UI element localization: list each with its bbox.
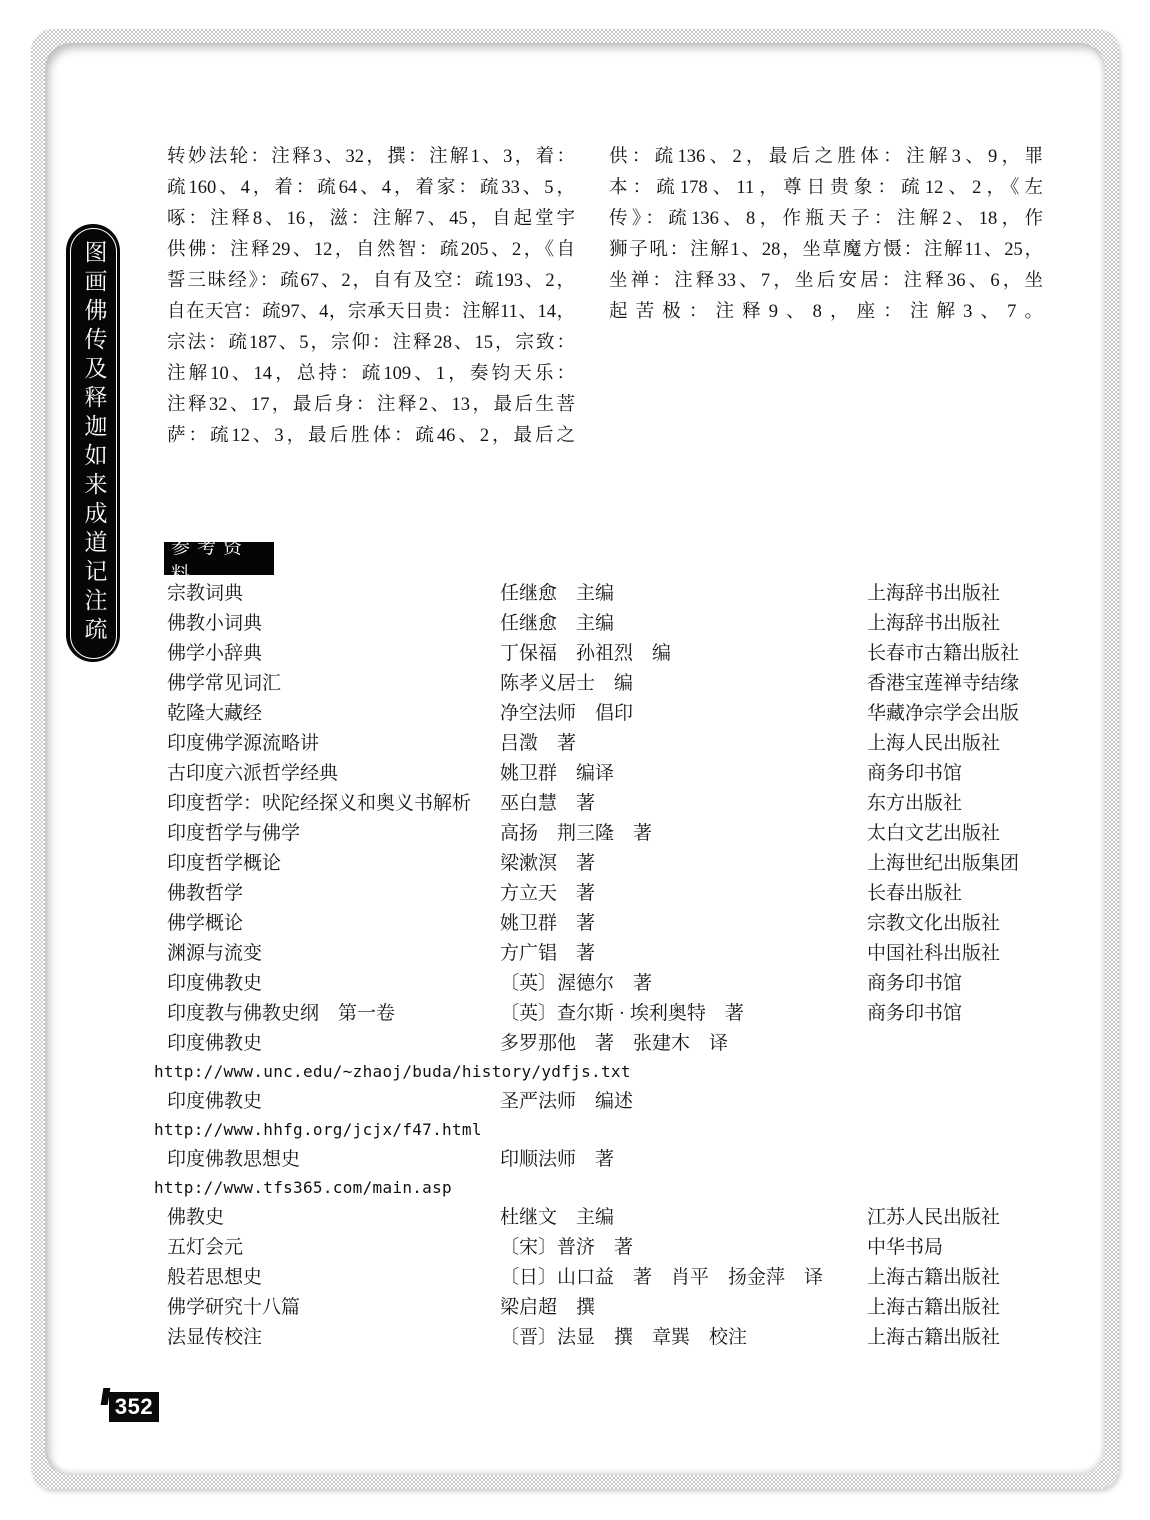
side-tab-title: 图画佛传及释迦如来成道记注疏	[82, 240, 105, 646]
reference-url: http://www.tfs365.com/main.asp	[154, 1175, 452, 1201]
text-line: 供佛：注释29、12，自然智：疏205、2，《自	[167, 235, 575, 266]
reference-publisher: 商务印书馆	[867, 999, 962, 1029]
reference-author: 〔日〕山口益 著 肖平 扬金萍 译	[500, 1263, 823, 1293]
reference-row: 印度佛教思想史印顺法师 著	[167, 1145, 1049, 1175]
reference-author: 任继愈 主编	[500, 579, 614, 609]
reference-url-row: http://www.unc.edu/~zhaoj/buda/history/y…	[167, 1059, 1049, 1087]
reference-publisher: 上海辞书出版社	[867, 609, 1000, 639]
reference-url: http://www.unc.edu/~zhaoj/buda/history/y…	[154, 1059, 631, 1085]
reference-publisher: 长春市古籍出版社	[867, 639, 1019, 669]
text-line: 起苦极：注释9、8，座：注解3、7。	[609, 297, 1043, 328]
reference-title: 五灯会元	[167, 1233, 243, 1263]
reference-title: 印度佛教史	[167, 969, 262, 999]
reference-row: 般若思想史〔日〕山口益 著 肖平 扬金萍 译上海古籍出版社	[167, 1263, 1049, 1293]
reference-row: 佛教哲学方立天 著长春出版社	[167, 879, 1049, 909]
reference-author: 印顺法师 著	[500, 1145, 614, 1175]
reference-publisher: 中国社科出版社	[867, 939, 1000, 969]
reference-url-row: http://www.tfs365.com/main.asp	[167, 1175, 1049, 1203]
reference-author: 〔英〕查尔斯 · 埃利奥特 著	[500, 999, 744, 1029]
reference-author: 〔英〕渥德尔 著	[500, 969, 652, 999]
reference-url: http://www.hhfg.org/jcjx/f47.html	[154, 1117, 482, 1143]
reference-author: 净空法师 倡印	[500, 699, 633, 729]
reference-author: 任继愈 主编	[500, 609, 614, 639]
text-line: 誓三昧经》：疏67、2，自有及空：疏193、2，	[167, 266, 575, 297]
reference-author: 梁漱溟 著	[500, 849, 595, 879]
left-text-column: 转妙法轮：注释3、32，撰：注解1、3，着：疏160、4，着：疏64、4，着家：…	[167, 142, 575, 452]
reference-title: 渊源与流变	[167, 939, 262, 969]
reference-author: 多罗那他 著 张建木 译	[500, 1029, 728, 1059]
reference-row: 印度哲学：吠陀经探义和奥义书解析巫白慧 著东方出版社	[167, 789, 1049, 819]
page-number: 352	[115, 1394, 153, 1420]
text-line: 转妙法轮：注释3、32，撰：注解1、3，着：	[167, 142, 575, 173]
reference-row: 佛学研究十八篇梁启超 撰上海古籍出版社	[167, 1293, 1049, 1323]
reference-row: 宗教词典任继愈 主编上海辞书出版社	[167, 579, 1049, 609]
reference-title: 佛学常见词汇	[167, 669, 281, 699]
reference-author: 圣严法师 编述	[500, 1087, 633, 1117]
reference-publisher: 东方出版社	[867, 789, 962, 819]
text-line: 狮子吼：注解1、28，坐草魔方慑：注解11、25，	[609, 235, 1043, 266]
text-line: 注解10、14，总持：疏109、1，奏钧天乐：	[167, 359, 575, 390]
references-table: 宗教词典任继愈 主编上海辞书出版社佛教小词典任继愈 主编上海辞书出版社佛学小辞典…	[167, 579, 1049, 1353]
text-line: 疏160、4，着：疏64、4，着家：疏33、5，	[167, 173, 575, 204]
reference-url-row: http://www.hhfg.org/jcjx/f47.html	[167, 1117, 1049, 1145]
reference-publisher: 上海古籍出版社	[867, 1323, 1000, 1353]
reference-publisher: 商务印书馆	[867, 759, 962, 789]
reference-row: 法显传校注〔晋〕法显 撰 章巽 校注上海古籍出版社	[167, 1323, 1049, 1353]
reference-author: 〔晋〕法显 撰 章巽 校注	[500, 1323, 747, 1353]
reference-title: 印度哲学与佛学	[167, 819, 300, 849]
reference-row: 佛学常见词汇陈孝义居士 编香港宝莲禅寺结缘	[167, 669, 1049, 699]
text-line: 本：疏178、11，尊日贵象：疏12、2，《左	[609, 173, 1043, 204]
text-line: 萨：疏12、3，最后胜体：疏46、2，最后之	[167, 421, 575, 452]
reference-row: 印度教与佛教史纲 第一卷〔英〕查尔斯 · 埃利奥特 著商务印书馆	[167, 999, 1049, 1029]
reference-row: 乾隆大藏经净空法师 倡印华藏净宗学会出版	[167, 699, 1049, 729]
reference-title: 印度佛教思想史	[167, 1145, 300, 1175]
text-line: 自在天宫：疏97、4，宗承天日贵：注解11、14，	[167, 297, 575, 328]
reference-publisher: 上海古籍出版社	[867, 1293, 1000, 1323]
reference-row: 古印度六派哲学经典姚卫群 编译商务印书馆	[167, 759, 1049, 789]
reference-publisher: 上海古籍出版社	[867, 1263, 1000, 1293]
reference-publisher: 长春出版社	[867, 879, 962, 909]
reference-title: 宗教词典	[167, 579, 243, 609]
reference-title: 印度哲学概论	[167, 849, 281, 879]
reference-publisher: 宗教文化出版社	[867, 909, 1000, 939]
reference-row: 印度佛教史〔英〕渥德尔 著商务印书馆	[167, 969, 1049, 999]
reference-author: 吕澂 著	[500, 729, 576, 759]
reference-author: 姚卫群 著	[500, 909, 595, 939]
reference-author: 高扬 荆三隆 著	[500, 819, 652, 849]
text-line: 供：疏136、2，最后之胜体：注解3、9，罪	[609, 142, 1043, 173]
reference-row: 渊源与流变方广锠 著中国社科出版社	[167, 939, 1049, 969]
reference-title: 佛教小词典	[167, 609, 262, 639]
reference-row: 佛学小辞典丁保福 孙祖烈 编长春市古籍出版社	[167, 639, 1049, 669]
reference-title: 印度哲学：吠陀经探义和奥义书解析	[167, 789, 471, 819]
references-heading: 参考资料	[164, 542, 274, 575]
reference-row: 印度哲学概论梁漱溟 著上海世纪出版集团	[167, 849, 1049, 879]
reference-title: 印度佛学源流略讲	[167, 729, 319, 759]
reference-publisher: 上海辞书出版社	[867, 579, 1000, 609]
reference-row: 佛学概论姚卫群 著宗教文化出版社	[167, 909, 1049, 939]
reference-title: 般若思想史	[167, 1263, 262, 1293]
reference-publisher: 商务印书馆	[867, 969, 962, 999]
side-tab: 图画佛传及释迦如来成道记注疏	[66, 224, 120, 662]
reference-title: 印度教与佛教史纲 第一卷	[167, 999, 395, 1029]
right-text-column: 供：疏136、2，最后之胜体：注解3、9，罪本：疏178、11，尊日贵象：疏12…	[609, 142, 1043, 328]
reference-title: 佛教哲学	[167, 879, 243, 909]
reference-row: 印度哲学与佛学高扬 荆三隆 著太白文艺出版社	[167, 819, 1049, 849]
text-line: 注释32、17，最后身：注释2、13，最后生菩	[167, 390, 575, 421]
reference-author: 方立天 著	[500, 879, 595, 909]
reference-title: 佛学小辞典	[167, 639, 262, 669]
reference-publisher: 华藏净宗学会出版	[867, 699, 1019, 729]
reference-title: 法显传校注	[167, 1323, 262, 1353]
text-line: 宗法：疏187、5，宗仰：注释28、15，宗致：	[167, 328, 575, 359]
reference-title: 印度佛教史	[167, 1029, 262, 1059]
reference-author: 杜继文 主编	[500, 1203, 614, 1233]
reference-title: 佛学概论	[167, 909, 243, 939]
reference-row: 佛教史杜继文 主编江苏人民出版社	[167, 1203, 1049, 1233]
reference-author: 姚卫群 编译	[500, 759, 614, 789]
reference-title: 佛教史	[167, 1203, 224, 1233]
reference-row: 印度佛教史多罗那他 著 张建木 译	[167, 1029, 1049, 1059]
reference-publisher: 上海世纪出版集团	[867, 849, 1019, 879]
reference-title: 古印度六派哲学经典	[167, 759, 338, 789]
reference-title: 乾隆大藏经	[167, 699, 262, 729]
reference-publisher: 江苏人民出版社	[867, 1203, 1000, 1233]
reference-publisher: 香港宝莲禅寺结缘	[867, 669, 1019, 699]
reference-row: 印度佛教史圣严法师 编述	[167, 1087, 1049, 1117]
reference-title: 印度佛教史	[167, 1087, 262, 1117]
reference-author: 巫白慧 著	[500, 789, 595, 819]
reference-row: 五灯会元〔宋〕普济 著中华书局	[167, 1233, 1049, 1263]
reference-author: 陈孝义居士 编	[500, 669, 633, 699]
reference-author: 丁保福 孙祖烈 编	[500, 639, 671, 669]
reference-publisher: 上海人民出版社	[867, 729, 1000, 759]
reference-author: 方广锠 著	[500, 939, 595, 969]
reference-publisher: 太白文艺出版社	[867, 819, 1000, 849]
reference-row: 印度佛学源流略讲吕澂 著上海人民出版社	[167, 729, 1049, 759]
text-line: 坐禅：注释33、7，坐后安居：注释36、6，坐	[609, 266, 1043, 297]
reference-row: 佛教小词典任继愈 主编上海辞书出版社	[167, 609, 1049, 639]
text-line: 传》：疏136、8，作瓶天子：注解2、18，作	[609, 204, 1043, 235]
page-number-badge: 352	[109, 1392, 159, 1422]
reference-author: 〔宋〕普济 著	[500, 1233, 633, 1263]
text-line: 啄：注释8、16，滋：注解7、45，自起堂宇	[167, 204, 575, 235]
reference-author: 梁启超 撰	[500, 1293, 595, 1323]
reference-title: 佛学研究十八篇	[167, 1293, 300, 1323]
reference-publisher: 中华书局	[867, 1233, 943, 1263]
